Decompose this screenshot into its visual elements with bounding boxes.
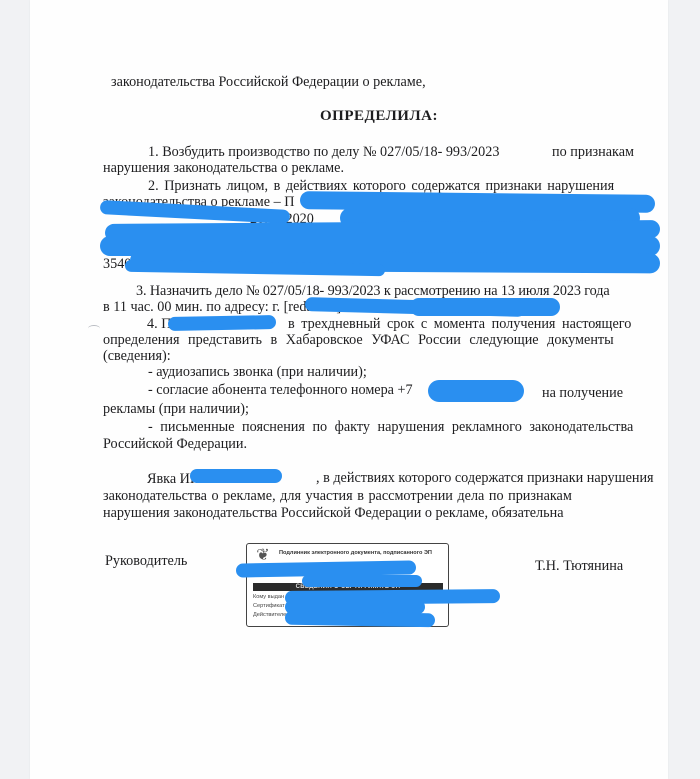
redaction <box>285 611 435 628</box>
bullet-consent-end: на получение <box>542 385 623 401</box>
bullet-consent: - согласие абонента телефонного номера +… <box>148 382 413 398</box>
bullet-audio: - аудиозапись звонка (при наличии); <box>148 364 367 380</box>
redaction <box>428 380 524 402</box>
item-1-line-1: 1. Возбудить производство по делу № 027/… <box>148 144 634 160</box>
attendance-line-1: , в действиях которого содержатся призна… <box>316 470 654 486</box>
attendance-line-2: законодательства о рекламе, для участия … <box>103 488 634 504</box>
stamp-header: Подлинник электронного документа, подпис… <box>279 550 444 557</box>
bullet-explanations-line-2: Российской Федерации. <box>103 436 247 452</box>
bullet-explanations: - письменные пояснения по факту нарушени… <box>148 419 634 435</box>
item-4-line-2: определения представить в Хабаровское УФ… <box>103 332 634 348</box>
margin-mark <box>88 325 100 332</box>
redaction <box>410 298 560 316</box>
redaction <box>190 469 282 483</box>
bullet-consent-line-2: рекламы (при наличии); <box>103 401 249 417</box>
stamp-field-certificate: Сертификат <box>253 603 285 610</box>
redaction <box>302 575 422 587</box>
attendance-line-3: нарушения законодательства Российской Фе… <box>103 505 564 521</box>
stamp-field-valid: Действителен <box>253 612 289 619</box>
item-1-text-end: по признакам <box>552 144 634 160</box>
item-1-line-2: нарушения законодательства о рекламе. <box>103 160 344 176</box>
signature-role: Руководитель <box>105 553 187 569</box>
signature-name: Т.Н. Тютянина <box>535 558 623 574</box>
section-title: ОПРЕДЕЛИЛА: <box>320 108 438 124</box>
document-page: законодательства Российской Федерации о … <box>30 0 668 779</box>
item-4-line-3: (сведения): <box>103 348 171 364</box>
redaction <box>168 315 276 331</box>
item-3-line-1: 3. Назначить дело № 027/05/18- 993/2023 … <box>136 283 634 299</box>
top-line: законодательства Российской Федерации о … <box>111 74 426 90</box>
stamp-field-issued-to: Кому выдан <box>253 594 284 601</box>
item-1-text: 1. Возбудить производство по делу № 027/… <box>148 144 499 160</box>
item-4-line-1: в трехдневный срок с момента получения н… <box>288 316 634 332</box>
